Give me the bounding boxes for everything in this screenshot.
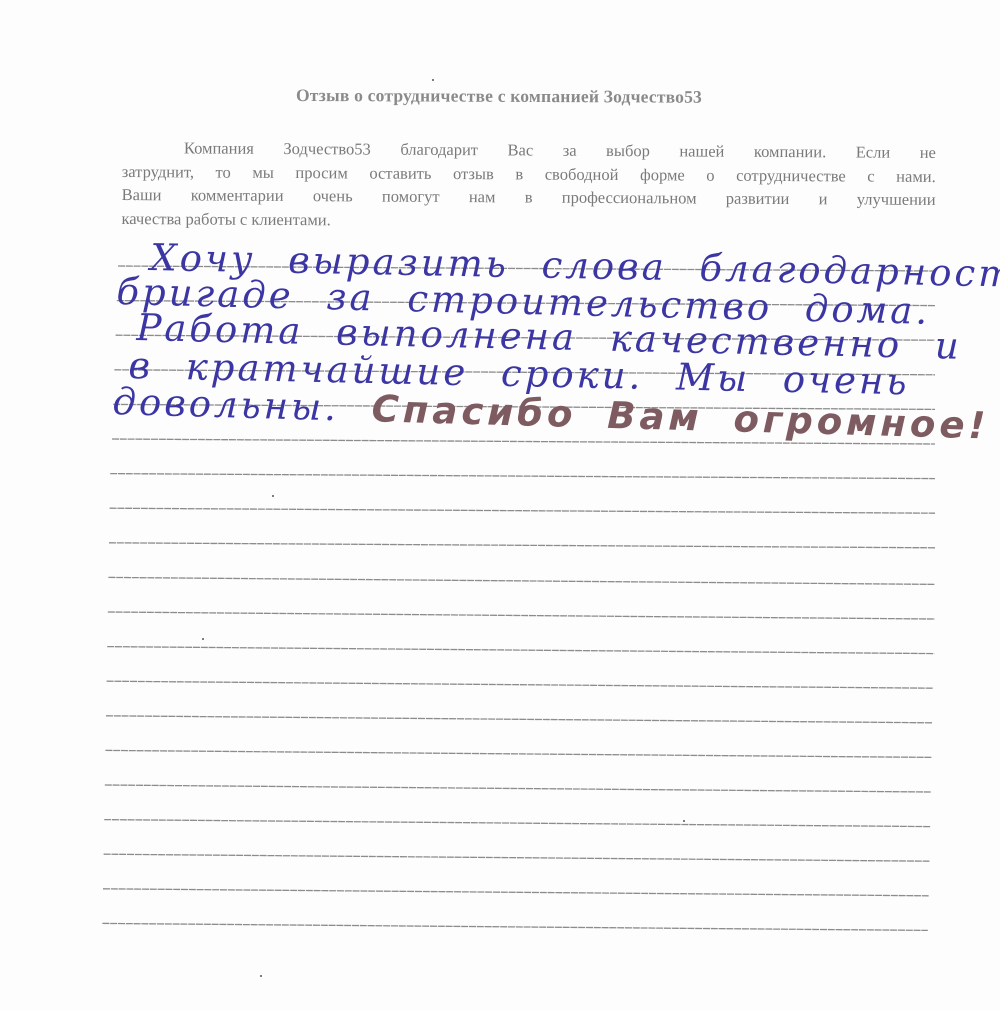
scan-speck — [272, 495, 274, 497]
scan-speck — [683, 820, 685, 822]
handwritten-review[interactable]: Хочу выразить слова благодарности бригад… — [0, 0, 1000, 1011]
scan-speck — [202, 638, 204, 640]
feedback-form-page: Отзыв о сотрудничестве с компанией Зодче… — [0, 0, 1000, 1011]
scan-speck — [260, 975, 262, 977]
scan-speck — [432, 79, 434, 81]
